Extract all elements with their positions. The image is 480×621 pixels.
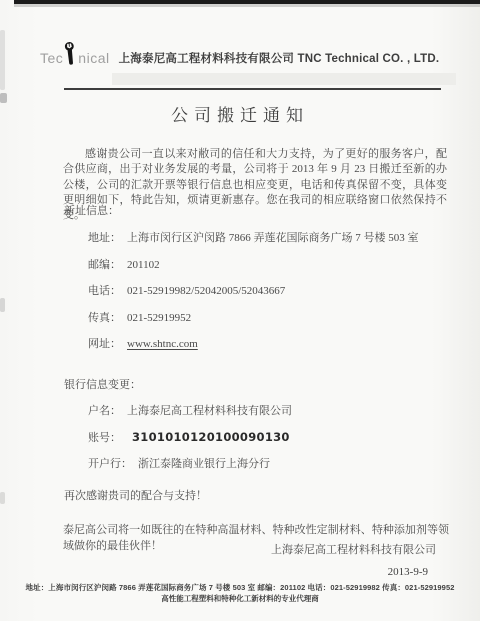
thanks-line: 再次感谢贵司的配合与支持！ <box>64 487 207 503</box>
address-row: 地址： 上海市闵行区沪闵路 7866 弄莲花国际商务广场 7 号楼 503 室 <box>88 229 419 243</box>
account-name-row: 户名： 上海泰尼高工程材料科技有限公司 <box>88 402 292 416</box>
phone-row: 电话： 021-52919982/52042005/52043667 <box>88 282 419 296</box>
header-divider <box>64 88 441 90</box>
signature-company: 上海泰尼高工程材料科技有限公司 <box>271 541 436 557</box>
address-value: 上海市闵行区沪闵路 7866 弄莲花国际商务广场 7 号楼 503 室 <box>127 229 419 245</box>
signature-date: 2013-9-9 <box>388 566 428 578</box>
website-label: 网址： <box>88 335 121 351</box>
scan-top-fade <box>14 4 480 7</box>
scan-mark <box>0 30 5 90</box>
scan-mark <box>0 298 5 312</box>
bank-branch-value: 浙江泰隆商业银行上海分行 <box>138 455 270 471</box>
fax-label: 传真： <box>88 309 121 325</box>
postcode-row: 邮编： 201102 <box>88 256 419 270</box>
account-number-row: 账号： 3101010120100090130 <box>88 429 292 443</box>
new-address-list: 地址： 上海市闵行区沪闵路 7866 弄莲花国际商务广场 7 号楼 503 室 … <box>88 229 419 362</box>
scanned-document-page: Tec nical 上海泰尼高工程材料科技有限公司 TNC Technical … <box>0 0 480 621</box>
logo-text-prefix: Tec <box>40 50 63 66</box>
intro-paragraph: 感谢贵公司一直以来对敝司的信任和大力支持，为了更好的服务客户，配合供应商，出于对… <box>63 147 447 223</box>
wrench-icon <box>63 41 79 69</box>
fax-value: 021-52919952 <box>127 312 191 324</box>
scan-mark <box>0 492 5 504</box>
bank-heading: 银行信息变更： <box>64 376 141 392</box>
fax-row: 传真： 021-52919952 <box>88 309 419 323</box>
footer-contact-line: 地址：上海市闵行区沪闵路 7866 弄莲花国际商务广场 7 号楼 503 室 邮… <box>0 582 480 593</box>
letterhead: Tec nical 上海泰尼高工程材料科技有限公司 TNC Technical … <box>40 44 450 71</box>
website-row: 网址： www.shtnc.com <box>88 335 419 349</box>
bank-branch-row: 开户行： 浙江泰隆商业银行上海分行 <box>88 455 292 469</box>
company-name: 上海泰尼高工程材料科技有限公司 TNC Technical CO. , LTD. <box>119 50 440 66</box>
logo-text-suffix: nical <box>78 50 109 66</box>
bank-branch-label: 开户行： <box>88 455 132 471</box>
website-link[interactable]: www.shtnc.com <box>127 338 198 350</box>
scan-shading-band <box>112 73 456 85</box>
postcode-label: 邮编： <box>88 256 121 272</box>
phone-label: 电话： <box>88 282 121 298</box>
account-name-label: 户名： <box>88 402 121 418</box>
postcode-value: 201102 <box>127 259 160 271</box>
account-number-label: 账号： <box>88 429 121 445</box>
document-title: 公司搬迁通知 <box>0 101 480 126</box>
phone-value: 021-52919982/52042005/52043667 <box>127 285 285 297</box>
account-name-value: 上海泰尼高工程材料科技有限公司 <box>127 402 292 418</box>
bank-list: 户名： 上海泰尼高工程材料科技有限公司 账号： 3101010120100090… <box>88 402 292 482</box>
account-number-value: 3101010120100090130 <box>132 430 290 444</box>
new-address-heading: 新址信息： <box>64 202 119 218</box>
address-label: 地址： <box>88 229 121 245</box>
footer-tagline: 高性能工程塑料和特种化工新材料的专业代理商 <box>0 593 480 604</box>
tnc-logo: Tec nical <box>40 44 110 71</box>
